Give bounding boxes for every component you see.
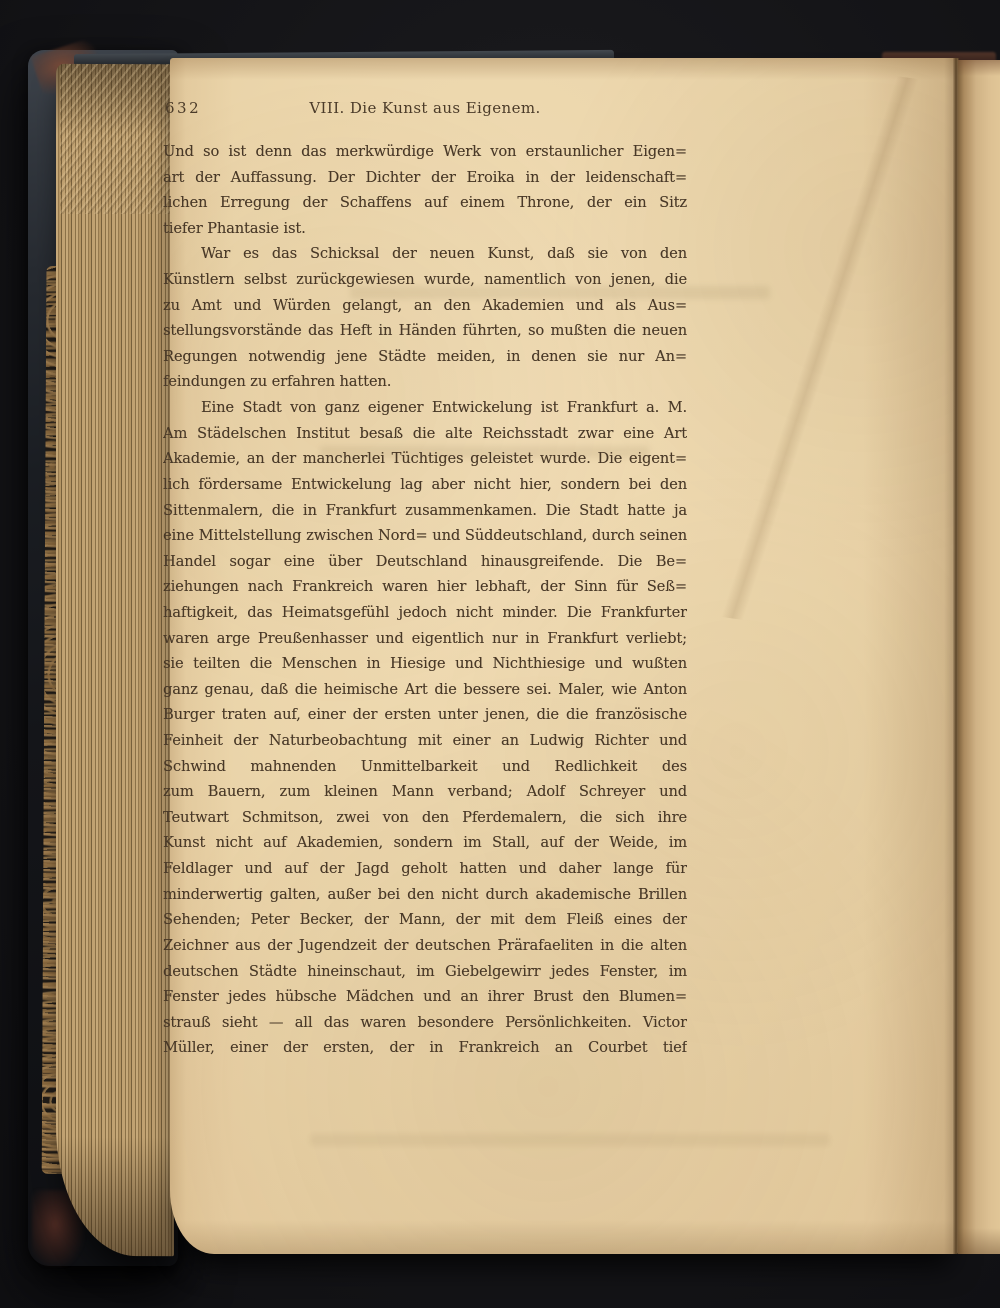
text-line: ziehungen nach Frankreich waren hier leb… [163, 574, 687, 600]
facing-page-sliver [958, 60, 1000, 1254]
text-line: Fenster jedes hübsche Mädchen und an ihr… [163, 984, 687, 1010]
text-line: Müller, einer der ersten, der in Frankre… [163, 1035, 687, 1061]
running-header: VIII. Die Kunst aus Eigenem. [163, 99, 687, 117]
text-line: Burger traten auf, einer der ersten unte… [163, 702, 687, 728]
text-line: Am Städelschen Institut besaß die alte R… [163, 421, 687, 447]
text-line: ganz genau, daß die heimische Art die be… [163, 677, 687, 703]
text-line: Feinheit der Naturbeobachtung mit einer … [163, 728, 687, 754]
text-line: Teutwart Schmitson, zwei von den Pferdem… [163, 805, 687, 831]
text-line: lichen Erregung der Schaffens auf einem … [163, 190, 687, 216]
body-text: Und so ist denn das merkwürdige Werk von… [163, 139, 687, 1061]
page-fore-edges [56, 64, 174, 1257]
text-line: sie teilten die Menschen in Hiesige und … [163, 651, 687, 677]
text-line: lich fördersame Entwickelung lag aber ni… [163, 472, 687, 498]
text-line: Und so ist denn das merkwürdige Werk von… [163, 139, 687, 165]
text-line: minderwertig galten, außer bei den nicht… [163, 882, 687, 908]
text-line: Zeichner aus der Jugendzeit der deutsche… [163, 933, 687, 959]
text-line: waren arge Preußenhasser und eigentlich … [163, 626, 687, 652]
text-line: War es das Schicksal der neuen Kunst, da… [163, 241, 687, 267]
text-line: Handel sogar eine über Deutschland hinau… [163, 549, 687, 575]
text-line: Regungen notwendig jene Städte meiden, i… [163, 344, 687, 370]
printed-content: 632 VIII. Die Kunst aus Eigenem. Und so … [163, 97, 687, 1061]
show-through [310, 1134, 830, 1146]
text-line: Künstlern selbst zurückgewiesen wurde, n… [163, 267, 687, 293]
text-line: tiefer Phantasie ist. [163, 216, 687, 242]
text-line: strauß sieht — all das waren besondere P… [163, 1010, 687, 1036]
book-photograph: 632 VIII. Die Kunst aus Eigenem. Und so … [0, 0, 1000, 1308]
text-line: Kunst nicht auf Akademien, sondern im St… [163, 830, 687, 856]
text-line: Schwind mahnenden Unmittelbarkeit und Re… [163, 754, 687, 780]
page-header: 632 VIII. Die Kunst aus Eigenem. [163, 97, 687, 139]
text-line: Akademie, an der mancherlei Tüchtiges ge… [163, 446, 687, 472]
text-line: Sehenden; Peter Becker, der Mann, der mi… [163, 907, 687, 933]
text-line: eine Mittelstellung zwischen Nord= und S… [163, 523, 687, 549]
text-line: art der Auffassung. Der Dichter der Eroi… [163, 165, 687, 191]
text-line: Sittenmalern, die in Frankfurt zusammenk… [163, 498, 687, 524]
text-line: Eine Stadt von ganz eigener Entwickelung… [163, 395, 687, 421]
text-line: deutschen Städte hineinschaut, im Giebel… [163, 959, 687, 985]
text-line: Feldlager und auf der Jagd geholt hatten… [163, 856, 687, 882]
text-line: feindungen zu erfahren hatten. [163, 369, 687, 395]
text-line: haftigkeit, das Heimatsgefühl jedoch nic… [163, 600, 687, 626]
text-line: zu Amt und Würden gelangt, an den Akadem… [163, 293, 687, 319]
text-line: stellungsvorstände das Heft in Händen fü… [163, 318, 687, 344]
text-line: zum Bauern, zum kleinen Mann verband; Ad… [163, 779, 687, 805]
